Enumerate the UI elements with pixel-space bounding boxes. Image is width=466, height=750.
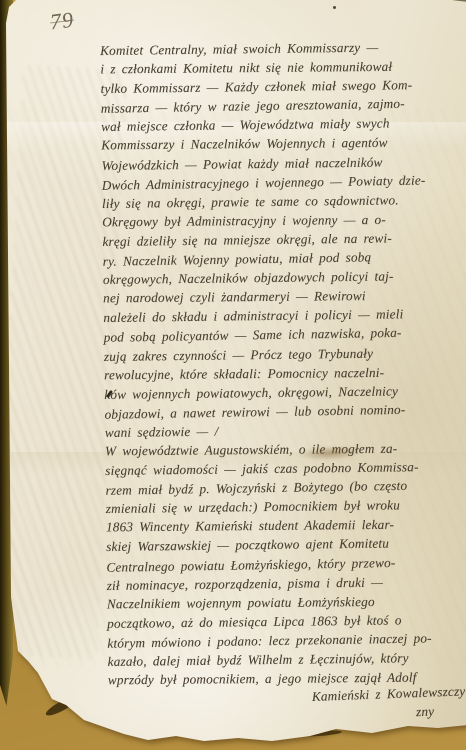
manuscript-line: Okręgowy był Administracyjny i wojenny —… — [102, 209, 466, 231]
manuscript-line: W województwie Augustowskiém, o ile mogł… — [105, 438, 466, 460]
manuscript-body: Komitet Centralny, miał swoich Kommissar… — [100, 37, 466, 691]
paper-sheet: 79 Komitet Centralny, miał swoich Kommis… — [6, 0, 466, 747]
manuscript-line: Kommissarzy i Naczelników Wojennych i ag… — [101, 133, 466, 155]
ink-speck — [333, 6, 336, 9]
corner-mark — [452, 0, 466, 2]
manuscript-line: rewolucyjne, które składali: Pomocnicy n… — [104, 362, 466, 384]
signature-block: Kamieński z Kowalewszczy-zny — [108, 686, 466, 729]
page-number: 79 — [49, 7, 76, 36]
manuscript-line: 1863 Wincenty Kamieński student Akademii… — [106, 514, 466, 536]
manuscript-line: Naczelnikiem wojennym powiatu Łomżyńskie… — [107, 591, 466, 613]
manuscript-page: 79 Komitet Centralny, miał swoich Kommis… — [0, 0, 466, 750]
manuscript-line: i z członkami Komitetu nikt się nie komm… — [100, 56, 466, 78]
manuscript-text: Komitet Centralny, miał swoich Kommissar… — [100, 37, 466, 729]
manuscript-line: nej narodowej czyli żandarmeryi — Rewiro… — [103, 285, 466, 307]
